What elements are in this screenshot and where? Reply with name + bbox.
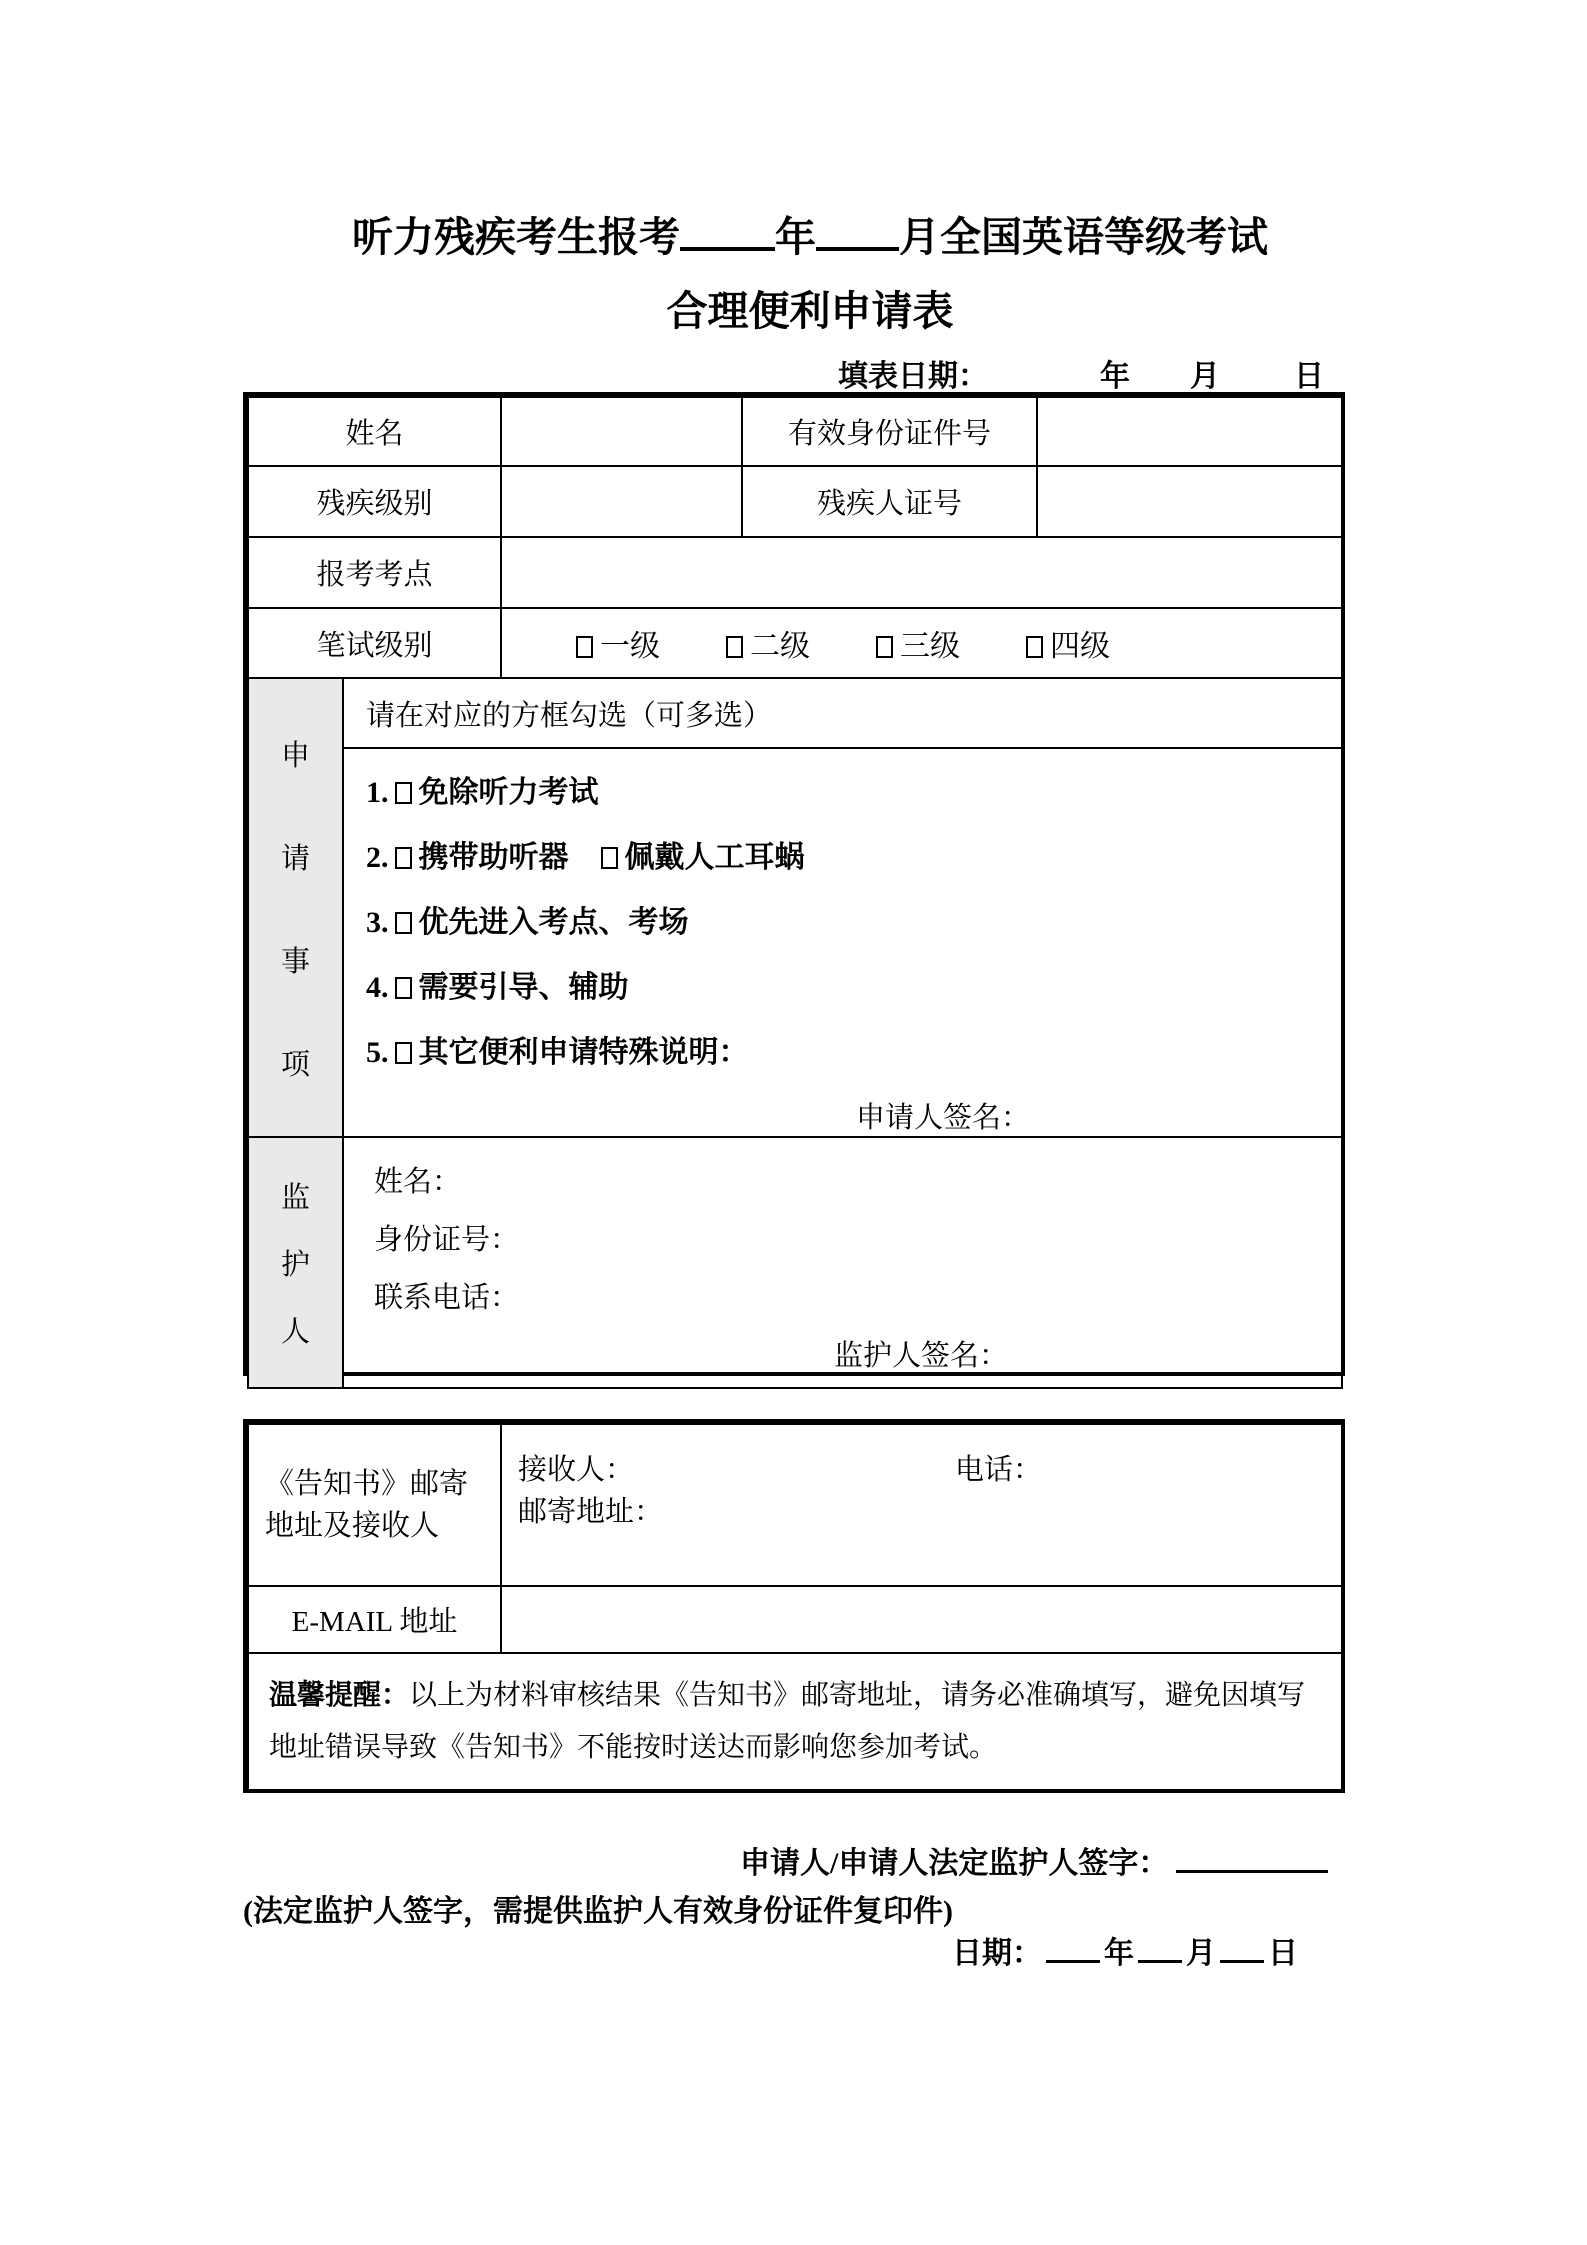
footer-signature-blank[interactable] xyxy=(1176,1847,1328,1873)
email-input-cell[interactable] xyxy=(501,1586,1342,1653)
id-input-cell[interactable] xyxy=(1037,397,1342,466)
guardian-vertical-label: 监 护 人 xyxy=(249,1138,342,1387)
applicant-signature-line[interactable]: 申请人签名： xyxy=(856,1100,1341,1136)
notice-line1: 温馨提醒：以上为材料审核结果《告知书》邮寄地址，请务必准确填写，避免因填写 xyxy=(269,1670,1321,1722)
guardian-signature-label: 监护人签名： xyxy=(834,1340,1008,1372)
footer-date-line: 日期：年月日 xyxy=(952,1928,1298,1972)
applicant-signature-label: 申请人签名： xyxy=(856,1102,1030,1134)
footer-date-month-char: 月 xyxy=(1186,1937,1216,1970)
notice-prefix: 温馨提醒： xyxy=(269,1680,409,1711)
notice-cell: 温馨提醒：以上为材料审核结果《告知书》邮寄地址，请务必准确填写，避免因填写 地址… xyxy=(248,1653,1342,1790)
level2-checkbox[interactable] xyxy=(726,636,743,658)
level3-checkbox[interactable] xyxy=(876,636,893,658)
main-form-table: 姓名 有效身份证件号 残疾级别 残疾人证号 报考考点 笔试级别 一级 二级 三级… xyxy=(243,392,1345,1376)
guardian-id-label: 身份证号： xyxy=(374,1224,519,1256)
item5-checkbox[interactable] xyxy=(395,1042,412,1064)
mailing-label-line2: 地址及接收人 xyxy=(265,1505,500,1547)
disability-cert-input-cell[interactable] xyxy=(1037,466,1342,537)
name-label: 姓名 xyxy=(346,418,404,450)
receiver-line[interactable]: 接收人：电话： xyxy=(518,1449,1341,1491)
level1-label: 一级 xyxy=(600,630,660,663)
id-label-cell: 有效身份证件号 xyxy=(742,397,1037,466)
apply-item-3: 3.优先进入考点、考场 xyxy=(366,905,1341,941)
footer-date-year-char: 年 xyxy=(1104,1937,1134,1970)
fill-date-day: 日 xyxy=(1294,360,1324,393)
disability-level-input-cell[interactable] xyxy=(501,466,742,537)
title-month-blank xyxy=(816,217,899,251)
mailing-label-line1: 《告知书》邮寄 xyxy=(265,1463,500,1505)
guardian-phone-line[interactable]: 联系电话： xyxy=(374,1280,1341,1316)
exam-site-label: 报考考点 xyxy=(317,559,433,591)
disability-level-label: 残疾级别 xyxy=(317,488,433,520)
item3-label: 优先进入考点、考场 xyxy=(419,906,689,939)
level-option-4: 四级 xyxy=(1026,621,1110,665)
receiver-label: 接收人： xyxy=(518,1454,634,1486)
level-option-1: 一级 xyxy=(576,621,660,665)
mailing-content-cell: 接收人：电话： 邮寄地址： xyxy=(501,1424,1342,1586)
apply-item-1: 1.免除听力考试 xyxy=(366,775,1341,811)
footer-date-day-blank[interactable] xyxy=(1220,1937,1264,1963)
level1-checkbox[interactable] xyxy=(576,636,593,658)
title-year-char: 年 xyxy=(775,214,816,260)
fill-date-line: 填表日期：年月日 xyxy=(838,351,1358,395)
mailing-label-cell: 《告知书》邮寄 地址及接收人 xyxy=(248,1424,501,1586)
guardian-content-cell: 姓名： 身份证号： 联系电话： 监护人签名： xyxy=(343,1137,1342,1388)
form-title-line2: 合理便利申请表 xyxy=(40,286,1580,336)
apply-item-2: 2.携带助听器佩戴人工耳蜗 xyxy=(366,840,1341,876)
footer-date-day-char: 日 xyxy=(1268,1937,1298,1970)
row-disability: 残疾级别 残疾人证号 xyxy=(248,466,1342,537)
level-option-2: 二级 xyxy=(726,621,810,665)
apply-vertical-label: 申 请 事 项 xyxy=(249,679,342,1136)
row-email: E-MAIL 地址 xyxy=(248,1586,1342,1653)
row-name-id: 姓名 有效身份证件号 xyxy=(248,397,1342,466)
apply-items-list: 1.免除听力考试 2.携带助听器佩戴人工耳蜗 3.优先进入考点、考场 4.需要引… xyxy=(344,749,1341,1136)
item1-label: 免除听力考试 xyxy=(419,776,599,809)
written-level-options-cell: 一级 二级 三级 四级 xyxy=(501,608,1342,678)
exam-site-label-cell: 报考考点 xyxy=(248,537,501,608)
item4-label: 需要引导、辅助 xyxy=(419,971,629,1004)
guardian-name-line[interactable]: 姓名： xyxy=(374,1164,1341,1200)
level4-label: 四级 xyxy=(1050,630,1110,663)
name-input-cell[interactable] xyxy=(501,397,742,466)
mailing-table: 《告知书》邮寄 地址及接收人 接收人：电话： 邮寄地址： E-MAIL 地址 温… xyxy=(243,1419,1345,1793)
item3-checkbox[interactable] xyxy=(395,912,412,934)
level-option-3: 三级 xyxy=(876,621,960,665)
mail-address-label: 邮寄地址： xyxy=(518,1496,663,1528)
footer-date-year-blank[interactable] xyxy=(1046,1937,1100,1963)
level-options: 一级 二级 三级 四级 xyxy=(502,621,1341,665)
title-year-blank xyxy=(680,217,775,251)
footer-guardian-note: (法定监护人签字，需提供监护人有效身份证件复印件) xyxy=(243,1886,953,1930)
guardian-section-label-cell: 监 护 人 xyxy=(248,1137,343,1388)
written-level-label-cell: 笔试级别 xyxy=(248,608,501,678)
id-label: 有效身份证件号 xyxy=(788,418,991,450)
item5-label: 其它便利申请特殊说明： xyxy=(419,1036,749,1069)
disability-cert-label: 残疾人证号 xyxy=(817,488,962,520)
apply-hint: 请在对应的方框勾选（可多选） xyxy=(366,693,772,734)
apply-hint-row: 请在对应的方框勾选（可多选） xyxy=(344,679,1341,749)
title-prefix: 听力残疾考生报考 xyxy=(352,214,680,260)
item2-label: 携带助听器 xyxy=(419,841,569,874)
apply-section-label-cell: 申 请 事 项 xyxy=(248,678,343,1137)
item2b-label: 佩戴人工耳蜗 xyxy=(625,841,805,874)
item2b-checkbox[interactable] xyxy=(601,847,618,869)
fill-date-label: 填表日期： xyxy=(838,360,988,393)
level4-checkbox[interactable] xyxy=(1026,636,1043,658)
fill-date-month: 月 xyxy=(1190,360,1220,393)
title-suffix: 全国英语等级考试 xyxy=(940,214,1268,260)
row-apply-items: 申 请 事 项 请在对应的方框勾选（可多选） 1.免除听力考试 2.携带助听器佩… xyxy=(248,678,1342,1137)
row-guardian: 监 护 人 姓名： 身份证号： 联系电话： 监护人签名： xyxy=(248,1137,1342,1388)
guardian-signature-line[interactable]: 监护人签名： xyxy=(834,1338,1341,1374)
footer-date-label: 日期： xyxy=(952,1937,1042,1970)
name-label-cell: 姓名 xyxy=(248,397,501,466)
row-notice: 温馨提醒：以上为材料审核结果《告知书》邮寄地址，请务必准确填写，避免因填写 地址… xyxy=(248,1653,1342,1790)
row-mailing-address: 《告知书》邮寄 地址及接收人 接收人：电话： 邮寄地址： xyxy=(248,1424,1342,1586)
level2-label: 二级 xyxy=(750,630,810,663)
row-exam-site: 报考考点 xyxy=(248,537,1342,608)
written-level-label: 笔试级别 xyxy=(317,630,433,662)
item4-checkbox[interactable] xyxy=(395,977,412,999)
apply-item-4: 4.需要引导、辅助 xyxy=(366,970,1341,1006)
apply-item-5: 5.其它便利申请特殊说明： xyxy=(366,1035,1341,1071)
form-title-line1: 听力残疾考生报考年月全国英语等级考试 xyxy=(40,212,1580,262)
mail-address-line[interactable]: 邮寄地址： xyxy=(518,1491,1341,1533)
fill-date-year: 年 xyxy=(1100,360,1130,393)
exam-site-input-cell[interactable] xyxy=(501,537,1342,608)
receiver-phone-label: 电话： xyxy=(955,1449,1042,1491)
item2-checkbox[interactable] xyxy=(395,847,412,869)
email-label: E-MAIL 地址 xyxy=(292,1606,458,1638)
guardian-name-label: 姓名： xyxy=(374,1166,461,1198)
row-written-level: 笔试级别 一级 二级 三级 四级 xyxy=(248,608,1342,678)
notice-line2: 地址错误导致《告知书》不能按时送达而影响您参加考试。 xyxy=(269,1722,1321,1774)
footer-signature-label: 申请人/申请人法定监护人签字： xyxy=(740,1847,1168,1880)
guardian-phone-label: 联系电话： xyxy=(374,1282,519,1314)
disability-cert-label-cell: 残疾人证号 xyxy=(742,466,1037,537)
email-label-cell: E-MAIL 地址 xyxy=(248,1586,501,1653)
footer-signature-line: 申请人/申请人法定监护人签字： xyxy=(740,1838,1328,1882)
guardian-id-line[interactable]: 身份证号： xyxy=(374,1222,1341,1258)
apply-content-cell: 请在对应的方框勾选（可多选） 1.免除听力考试 2.携带助听器佩戴人工耳蜗 3.… xyxy=(343,678,1342,1137)
disability-level-label-cell: 残疾级别 xyxy=(248,466,501,537)
level3-label: 三级 xyxy=(900,630,960,663)
footer-date-month-blank[interactable] xyxy=(1138,1937,1182,1963)
item1-checkbox[interactable] xyxy=(395,782,412,804)
title-month-char: 月 xyxy=(899,214,940,260)
